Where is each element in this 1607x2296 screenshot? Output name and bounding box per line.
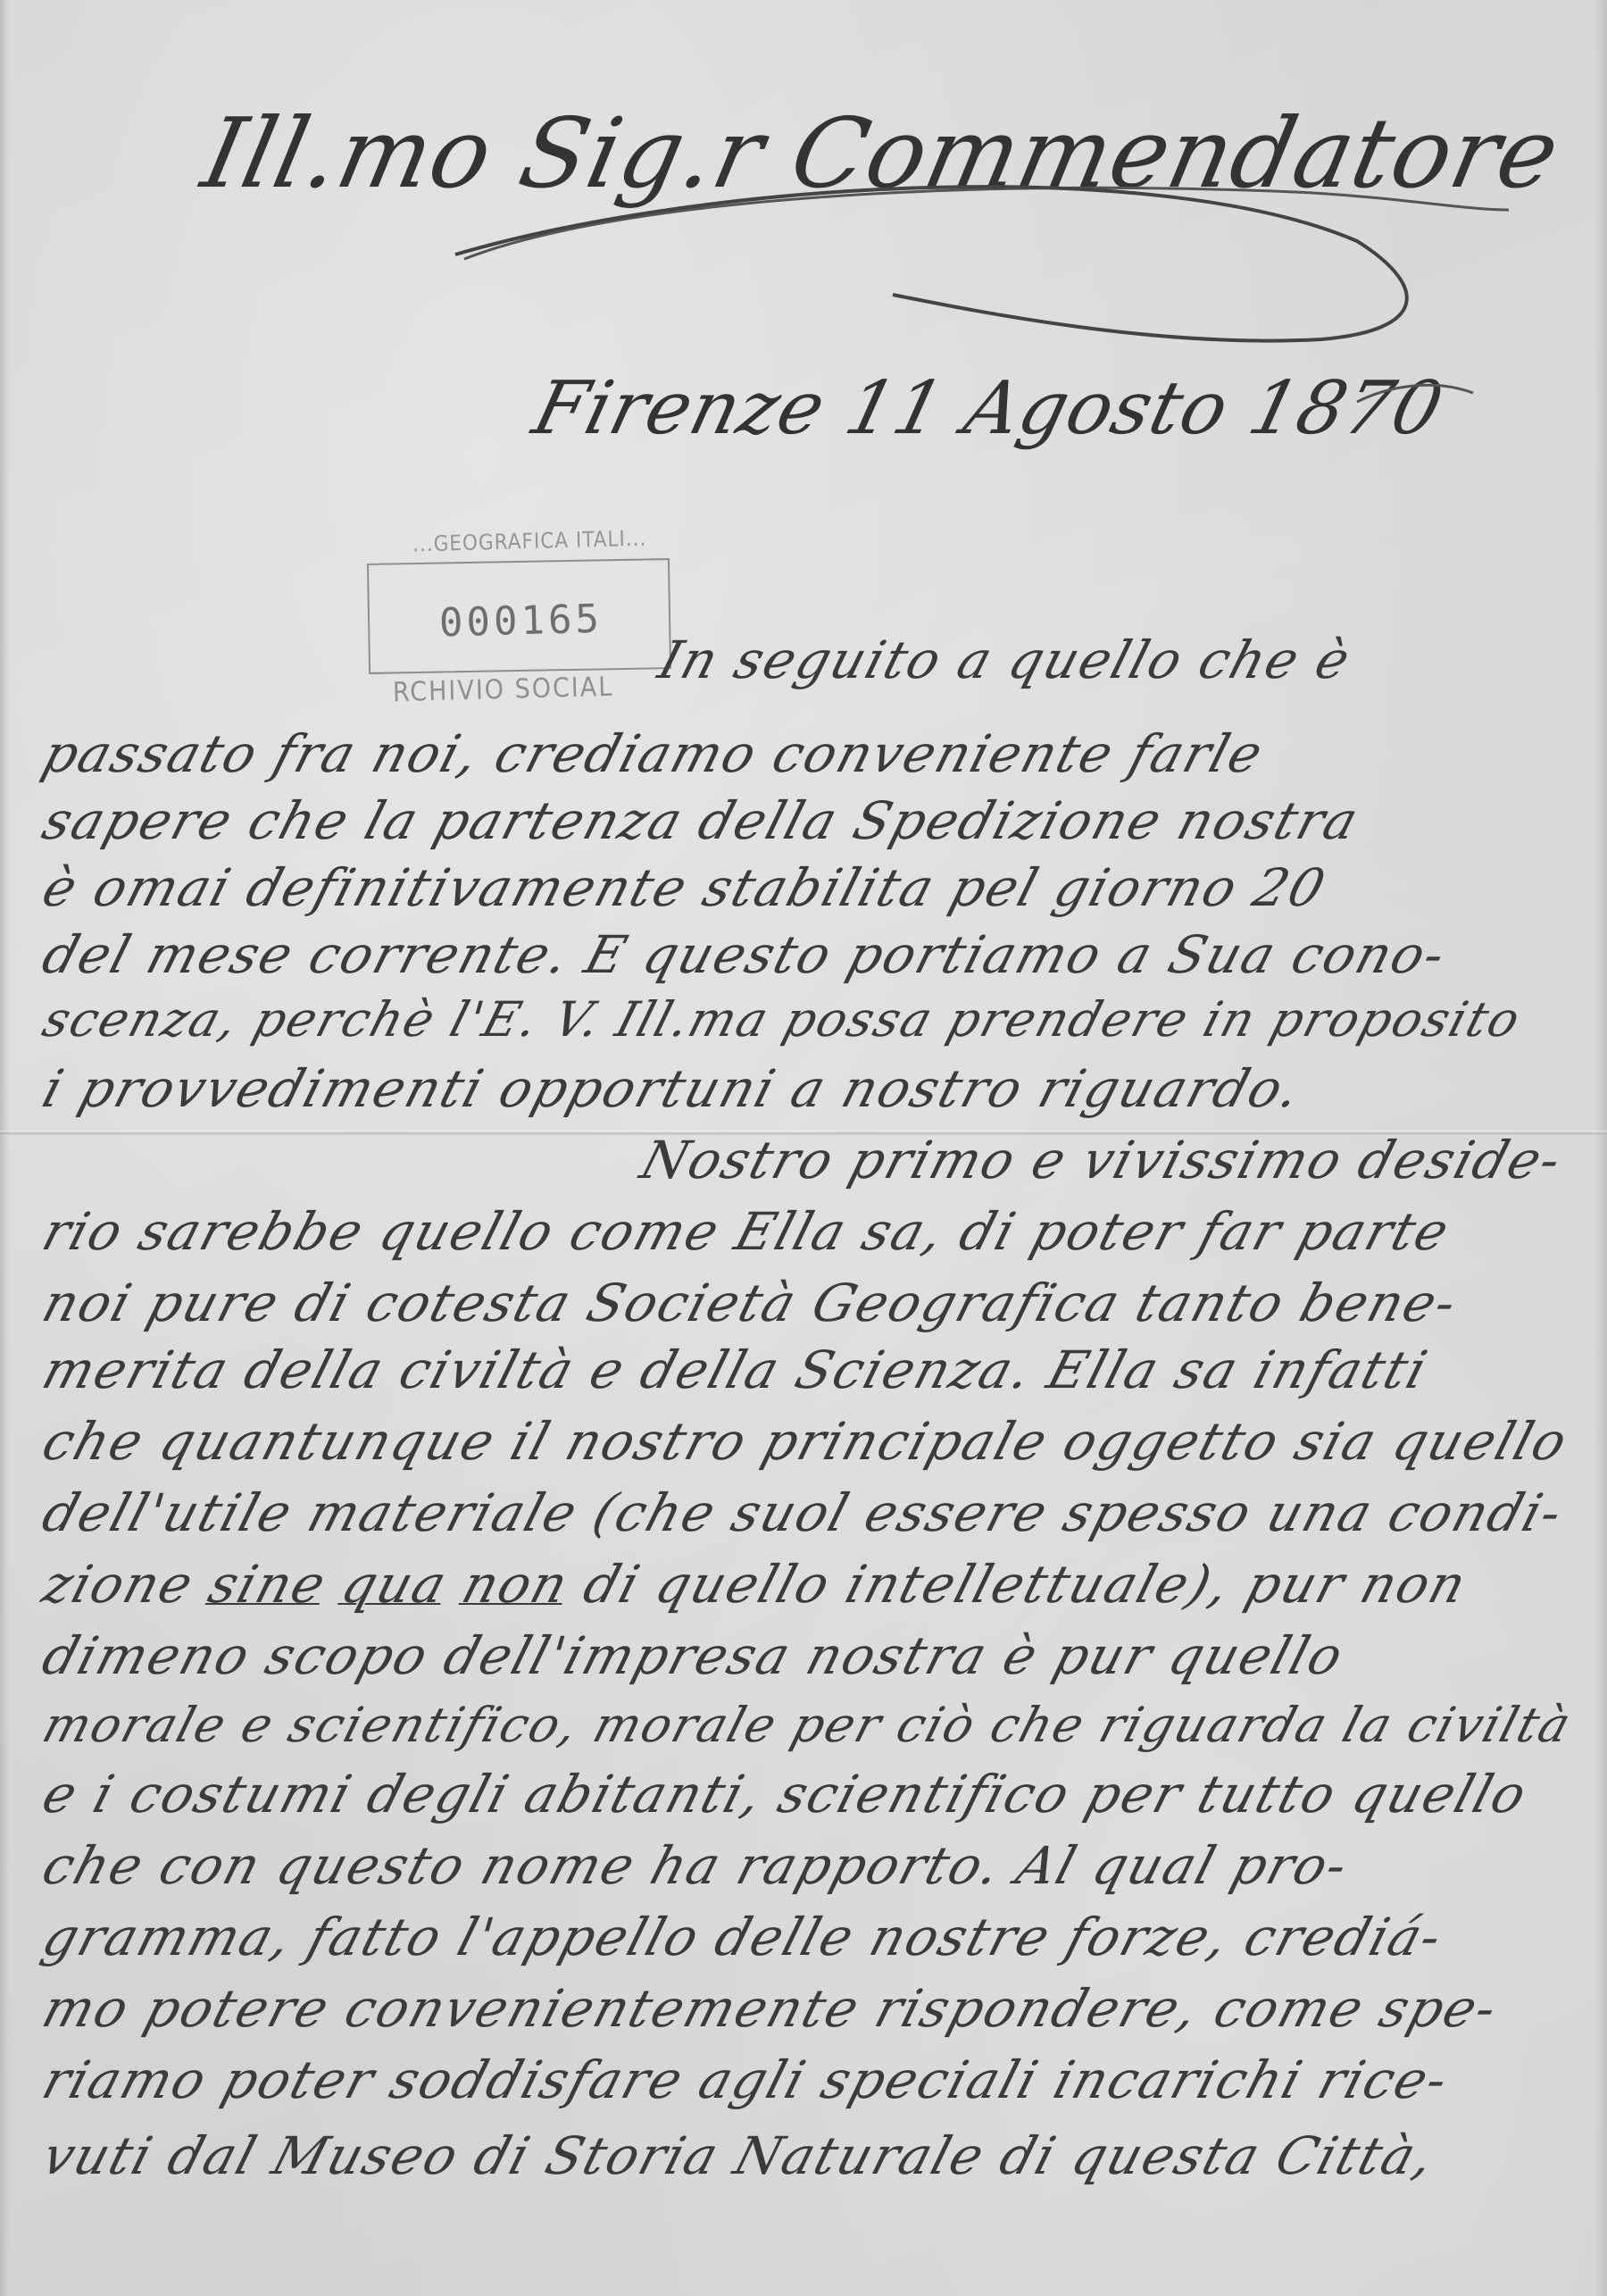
letter-line: e i costumi degli abitanti, scientifico …: [36, 1764, 1535, 1824]
letter-line: merita della civiltà e della Scienza. El…: [36, 1340, 1435, 1400]
stamp-archive-label: RCHIVIO SOCIAL: [393, 672, 614, 708]
underlined-word: qua: [335, 1554, 455, 1615]
letter-line: rio sarebbe quello come Ella sa, di pote…: [36, 1201, 1457, 1262]
letter-line: zione sine qua non di quello intellettua…: [36, 1554, 1474, 1615]
letter-line: è omai definitivamente stabilita pel gio…: [36, 857, 1333, 918]
letter-line: scenza, perchè l'E. V. Ill.ma possa pren…: [37, 991, 1528, 1048]
letter-line: i provvedimenti opportuni a nostro rigua…: [36, 1058, 1309, 1119]
letter-line: passato fra noi, crediamo conveniente fa…: [36, 723, 1270, 784]
letter-line: dimeno scopo dell'impresa nostra è pur q…: [36, 1625, 1351, 1686]
letter-line: Nostro primo e vivissimo deside-: [634, 1130, 1570, 1190]
letter-line: riamo poter soddisfare agli speciali inc…: [36, 2050, 1456, 2110]
letter-line: sapere che la partenza della Spedizione …: [36, 790, 1366, 851]
letter-line: morale e scientifico, morale per ciò che…: [37, 1697, 1578, 1753]
underlined-word: sine: [202, 1554, 333, 1615]
archive-stamp: ...GEOGRAFICA ITALI... 000165 RCHIVIO SO…: [368, 527, 671, 697]
letter-line: gramma, fatto l'appello delle nostre for…: [36, 1907, 1450, 1967]
underlined-word: non: [455, 1554, 576, 1615]
letter-line: vuti dal Museo di Storia Naturale di que…: [36, 2125, 1442, 2186]
stamp-society-name: ...GEOGRAFICA ITALI...: [412, 526, 647, 557]
letter-line: dell'utile materiale (che suol essere sp…: [36, 1482, 1570, 1543]
letter-line: che con questo nome ha rapporto. Al qual…: [36, 1835, 1356, 1896]
letter-line: mo potere convenientemente rispondere, c…: [36, 1978, 1505, 2039]
line-segment: di quello intellettuale), pur non: [559, 1554, 1474, 1615]
dateline-flourish-icon: [0, 0, 1607, 536]
letter-line: che quantunque il nostro principale ogge…: [36, 1411, 1575, 1472]
line-segment: zione: [36, 1554, 220, 1615]
letter-line: del mese corrente. E questo portiamo a S…: [36, 924, 1453, 985]
letter-line: noi pure di cotesta Società Geografica t…: [36, 1273, 1464, 1333]
letter-line: In seguito a quello che è: [652, 630, 1358, 690]
stamp-archive-number: 000165: [438, 597, 603, 647]
